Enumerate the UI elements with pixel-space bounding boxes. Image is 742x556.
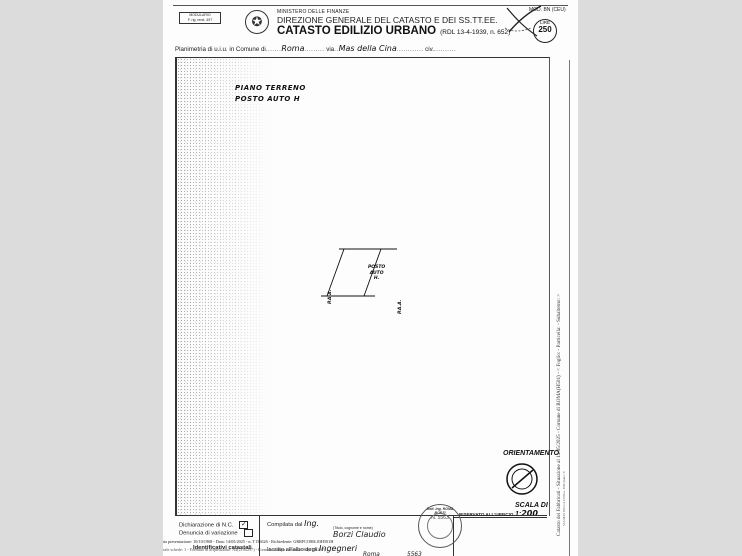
stamp-inner: N. 5563 — [427, 513, 453, 539]
numero-value: 5563 — [407, 552, 422, 556]
scan-grain-texture — [177, 58, 272, 516]
document-header: MODULARIO F. rig. rend. 497 ✪ MINISTERO … — [173, 0, 568, 57]
right-margin-rule — [569, 60, 570, 556]
riservato-label: RISERVATO ALL'UFFICIO — [459, 512, 513, 517]
overprint-line2: Totale schede: 1 - Formato di acquisizio… — [163, 547, 325, 552]
compiler-name: Borzi Claudio — [333, 530, 386, 539]
modulario-sub: F. rig. rend. 497 — [180, 18, 220, 23]
lire-stamp: LIRE 250 — [533, 19, 557, 43]
north-arrow-compass-icon — [505, 462, 539, 496]
drawing-frame: PIANO TERRENO POSTO AUTO H POSTO AUTO H.… — [175, 57, 550, 516]
dichiarazione-label: Dichiarazione di N.C. — [179, 523, 233, 529]
cadastral-plan-sheet: MODULARIO F. rig. rend. 497 ✪ MINISTERO … — [163, 0, 578, 556]
dichiarazione-row: Dichiarazione di N.C.✓ — [179, 521, 248, 529]
floor-label: PIANO TERRENO POSTO AUTO H — [235, 83, 306, 105]
title-text: CATASTO EDILIZIO URBANO — [277, 25, 436, 37]
comune-value: Roma — [281, 44, 304, 53]
planimetria-prefix: Planimetria di u.i.u. in Comune di — [175, 46, 266, 53]
denuncia-checkbox[interactable] — [244, 529, 253, 537]
title-reference: (RDL 13-4-1939, n. 652) — [440, 29, 510, 36]
dichiarazione-checkbox[interactable]: ✓ — [239, 521, 248, 529]
direzione-label: DIREZIONE GENERALE DEL CATASTO E DEI SS.… — [277, 15, 498, 25]
lire-value: 250 — [534, 26, 556, 34]
civ-label: civ. — [425, 46, 434, 53]
floor-label-line1: PIANO TERRENO — [235, 83, 306, 94]
document-footer: Dichiarazione di N.C.✓ Denuncia di varia… — [163, 515, 578, 556]
compilata-title: Ing. — [304, 519, 319, 528]
floor-label-line2: POSTO AUTO H — [235, 94, 306, 105]
italian-republic-emblem-icon: ✪ — [245, 10, 269, 34]
document-title: CATASTO EDILIZIO URBANO(RDL 13-4-1939, n… — [277, 25, 510, 37]
engineer-seal-stamp: Dott. Ing. ROMA BORZI N. 5563 — [418, 504, 462, 548]
right-adjacent-label: P.A.A. — [398, 300, 403, 314]
denuncia-label: Denuncia di variazione — [179, 531, 238, 537]
unit-label-line3: H. — [368, 276, 385, 282]
via-label: via — [326, 46, 334, 53]
unit-label-line1: POSTO — [368, 265, 385, 271]
left-adjacent-label: P.A.A. — [328, 290, 333, 304]
planimetria-line: Planimetria di u.i.u. in Comune di......… — [175, 44, 568, 53]
modulario-box: MODULARIO F. rig. rend. 497 — [179, 12, 221, 24]
provincia-value: Roma — [363, 552, 380, 556]
overprint-line1: Data presentazione: 10/10/1968 - Data: 1… — [163, 539, 333, 544]
via-value: Mas della Cina — [339, 44, 397, 53]
mod-label: MOD. BN (CEU) — [529, 7, 566, 13]
unit-label: POSTO AUTO H. — [368, 265, 385, 282]
orientation-label: ORIENTAMENTO — [503, 450, 559, 457]
denuncia-row: Denuncia di variazione — [179, 529, 253, 537]
compilata-label: Compilata dal — [267, 522, 302, 528]
compilata-row: Compilata dal Ing. — [267, 519, 319, 528]
riservato-rule — [453, 517, 547, 518]
